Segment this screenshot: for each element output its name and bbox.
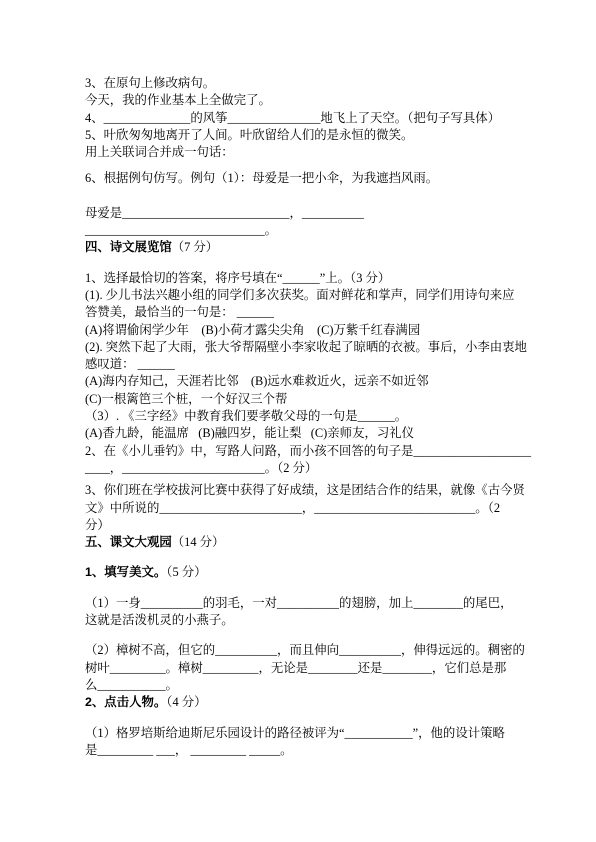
s4-q1-3-text: （3）. 《三字经》中教育我们要孝敬父母的一句是______。 — [85, 408, 525, 425]
s4-q1-1-text: (1). 少儿书法兴趣小组的同学们多次获奖。面对鲜花和掌声，同学们用诗句来应 — [85, 287, 525, 304]
s4-q1-2-text-cont: 感叹道： ______ — [85, 356, 525, 373]
s4-q1-instruction: 1、选择最恰切的答案，将序号填在“______”上。（3 分） — [85, 270, 525, 287]
section-5-heading: 五、课文大观园（14 分） — [85, 534, 525, 551]
s5-q1-1-text-cont: 这就是活泼机灵的小燕子。 — [85, 612, 525, 629]
s5-q1-1-text: （1）一身__________的羽毛，一对__________的翅膀，加上___… — [85, 595, 525, 612]
s5-q2-1-text: （1）格罗培斯给迪斯尼乐园设计的路径被评为“___________”，他的设计策… — [85, 725, 525, 742]
q4-fill-sentence: 4、______________的风筝_______________地飞上了天空… — [85, 110, 525, 127]
section-5-title: 五、课文大观园 — [85, 535, 172, 549]
section-4-title: 四、诗文展览馆 — [85, 240, 172, 254]
s5-q1-2-text-end: 么___________。 — [85, 677, 525, 694]
exam-page: 3、在原句上修改病句。 今天，我的作业基本上全做完了。 4、__________… — [0, 0, 596, 842]
q3-sentence: 今天，我的作业基本上全做完了。 — [85, 92, 525, 109]
s4-q1-2-options-ab: (A)海内存知己，天涯若比邻 (B)远水难救近火，远亲不如近邻 — [85, 373, 525, 390]
s4-q1-1-options: (A)将谓偷闲学少年 (B)小荷才露尖尖角 (C)万紫千红春满园 — [85, 322, 525, 339]
q5-instruction: 用上关联词合并成一句话： — [85, 144, 525, 161]
section-4-heading: 四、诗文展览馆（7 分） — [85, 239, 525, 256]
s4-q1-3-options: (A)香九龄，能温席 (B)融四岁，能让梨 (C)亲师友，习礼仪 — [85, 425, 525, 442]
s4-q1-1-text-cont: 答赞美，最恰当的一句是： ______ — [85, 304, 525, 321]
s4-q1-2-text: (2). 突然下起了大雨，张大爷帮隔壁小李家收起了晾晒的衣被。事后，小李由衷地 — [85, 339, 525, 356]
q3-instruction: 3、在原句上修改病句。 — [85, 75, 525, 92]
s5-q1-2-text: （2）樟树不高，但它的__________，而且伸向__________，伸得远… — [85, 642, 525, 659]
q6-example: 6、根据例句仿写。例句（1）：母爱是一把小伞，为我遮挡风雨。 — [85, 170, 525, 187]
s5-q2-title: 2、点击人物。 — [85, 695, 166, 709]
s4-q3-text-end: 分） — [85, 517, 525, 534]
s5-q1-2-text-cont: 树叶_________。樟树_________，无论是________还是___… — [85, 660, 525, 677]
s4-q3-text: 3、你们班在学校拔河比赛中获得了好成绩，这是团结合作的结果，就像《古今贤 — [85, 482, 525, 499]
q6-answer-blank-line-2: _____________________________。 — [85, 222, 525, 239]
q5-sentences: 5、叶欣匆匆地离开了人间。叶欣留给人们的是永恒的微笑。 — [85, 127, 525, 144]
s5-q2-points: （4 分） — [166, 695, 206, 709]
s4-q3-text-cont: 文》中所说的_______________________，__________… — [85, 500, 525, 517]
s4-q2-text: 2、在《小儿垂钓》中，写路人问路，而小孩不回答的句子是_____________… — [85, 443, 525, 460]
q6-answer-blank-line-1: 母爱是___________________________，_________… — [85, 205, 525, 222]
s4-q1-2-option-c: (C)一根篱笆三个桩，一个好汉三个帮 — [85, 391, 525, 408]
s5-q2-heading: 2、点击人物。（4 分） — [85, 694, 525, 711]
s4-q2-text-cont: ____，_______________________。（2 分） — [85, 460, 525, 477]
section-4-points: （7 分） — [172, 240, 218, 254]
exam-content: 3、在原句上修改病句。 今天，我的作业基本上全做完了。 4、__________… — [85, 75, 525, 759]
section-5-points: （14 分） — [172, 535, 225, 549]
s5-q1-points: （5 分） — [166, 565, 206, 579]
s5-q1-title: 1、填写美文。 — [85, 565, 166, 579]
s5-q2-1-text-cont: 是_________ ___， _________ _____。 — [85, 742, 525, 759]
s5-q1-heading: 1、填写美文。（5 分） — [85, 564, 525, 581]
